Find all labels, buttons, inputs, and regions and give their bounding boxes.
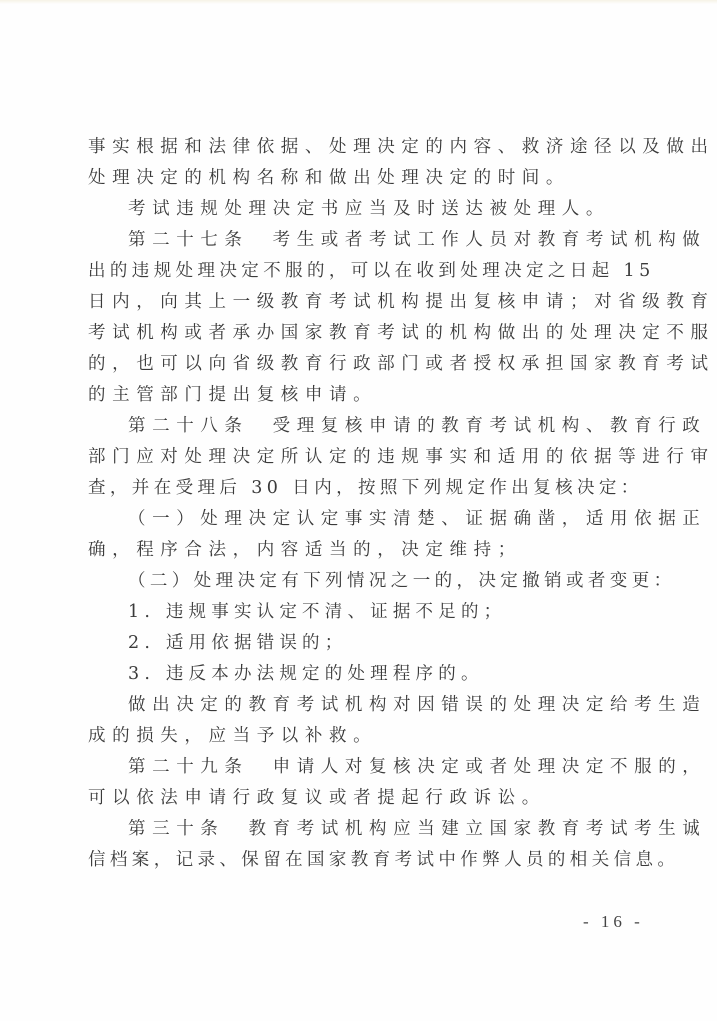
text-line: 确，程序合法，内容适当的，决定维持； xyxy=(88,535,636,566)
list-item-1: （一）处理决定认定事实清楚、证据确凿，适用依据正 xyxy=(88,504,636,535)
text-line: 日内，向其上一级教育考试机构提出复核申请；对省级教育 xyxy=(88,287,636,318)
text-line: 的主管部门提出复核申请。 xyxy=(88,380,636,411)
list-item-2: （二）处理决定有下列情况之一的，决定撤销或者变更： xyxy=(88,566,636,597)
article-30-heading-line: 第三十条 教育考试机构应当建立国家教育考试考生诚 xyxy=(88,814,636,845)
text-line: 信档案，记录、保留在国家教育考试中作弊人员的相关信息。 xyxy=(88,845,636,876)
text-line: 成的损失，应当予以补救。 xyxy=(88,721,636,752)
sub-item-2: 2. 适用依据错误的； xyxy=(88,628,636,659)
text-line: 事实根据和法律依据、处理决定的内容、救济途径以及做出 xyxy=(88,132,636,163)
article-28-heading-line: 第二十八条 受理复核申请的教育考试机构、教育行政 xyxy=(88,411,636,442)
text-line: 考试机构或者承办国家教育考试的机构做出的处理决定不服 xyxy=(88,318,636,349)
text-line: 可以依法申请行政复议或者提起行政诉讼。 xyxy=(88,783,636,814)
text-line: 查，并在受理后 30 日内，按照下列规定作出复核决定： xyxy=(88,473,636,504)
page-number: - 16 - xyxy=(583,912,644,932)
text-line: 出的违规处理决定不服的，可以在收到处理决定之日起 15 xyxy=(88,256,636,287)
text-line: 考试违规处理决定书应当及时送达被处理人。 xyxy=(88,194,636,225)
article-27-heading-line: 第二十七条 考生或者考试工作人员对教育考试机构做 xyxy=(88,225,636,256)
sub-item-1: 1. 违规事实认定不清、证据不足的； xyxy=(88,597,636,628)
text-line: 部门应对处理决定所认定的违规事实和适用的依据等进行审 xyxy=(88,442,636,473)
text-line: 处理决定的机构名称和做出处理决定的时间。 xyxy=(88,163,636,194)
text-line: 做出决定的教育考试机构对因错误的处理决定给考生造 xyxy=(88,690,636,721)
sub-item-3: 3. 违反本办法规定的处理程序的。 xyxy=(88,659,636,690)
article-29-heading-line: 第二十九条 申请人对复核决定或者处理决定不服的， xyxy=(88,752,636,783)
document-page: 事实根据和法律依据、处理决定的内容、救济途径以及做出 处理决定的机构名称和做出处… xyxy=(0,0,717,1021)
text-line: 的，也可以向省级教育行政部门或者授权承担国家教育考试 xyxy=(88,349,636,380)
scan-edge xyxy=(0,0,717,4)
document-body: 事实根据和法律依据、处理决定的内容、救济途径以及做出 处理决定的机构名称和做出处… xyxy=(88,132,636,876)
